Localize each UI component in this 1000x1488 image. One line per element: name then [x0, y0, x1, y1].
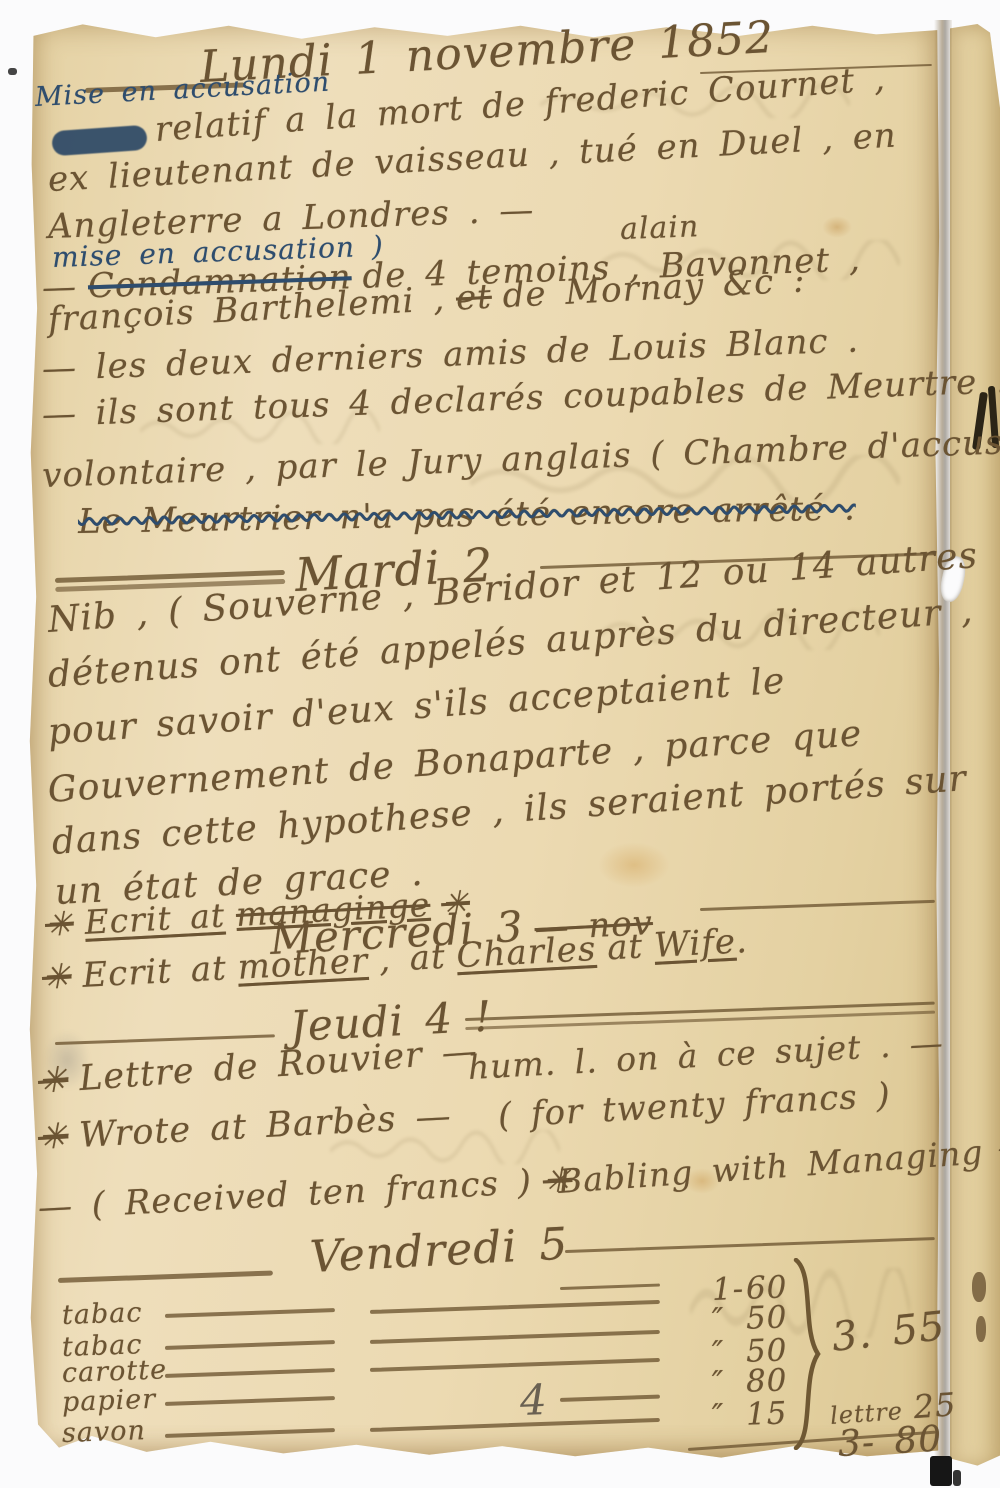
expense-label: papier — [61, 1384, 156, 1418]
underlined-word: Wife — [653, 922, 737, 966]
total: 3- 80 — [837, 1419, 943, 1465]
stub-ink-stroke — [972, 1272, 986, 1302]
stub-ink-stroke — [976, 1316, 986, 1342]
binding-mark — [953, 1470, 961, 1486]
value-prefix: ″ — [711, 1397, 746, 1434]
scanner-speck — [8, 68, 17, 75]
expense-brace — [788, 1258, 824, 1450]
interlinear-insert: alain — [619, 209, 699, 247]
value-amount: 50 — [745, 1299, 788, 1336]
star-mark: ✳ — [37, 1116, 69, 1158]
pencil-note: 4 — [519, 1375, 548, 1425]
star-mark: ✳ — [37, 1060, 70, 1102]
star-mark: ✳ — [993, 1130, 1000, 1171]
entry-text: at — [606, 927, 644, 969]
value-prefix: ″ — [711, 1364, 746, 1401]
stain — [822, 216, 852, 238]
expense-value: ″15 — [711, 1395, 788, 1434]
binding-mark — [930, 1456, 952, 1486]
expense-label: tabac — [61, 1297, 142, 1331]
star-mark: ✳ — [41, 956, 73, 997]
value-amount: 80 — [745, 1362, 788, 1399]
expense-label: savon — [61, 1415, 146, 1449]
struck-word: et — [455, 277, 493, 319]
fold-crease — [934, 20, 952, 1468]
underlined-word: mother — [237, 941, 370, 988]
value-prefix: ″ — [711, 1301, 746, 1338]
next-page-stub — [950, 24, 1000, 1470]
value-amount: 15 — [745, 1395, 788, 1432]
entry-text: , at — [378, 937, 447, 980]
entry-text: Ecrit at — [81, 948, 227, 996]
manuscript-scan: Lundi 1 novembre 1852 Mise en accusation… — [0, 0, 1000, 1488]
entry-text: Ecrit at — [84, 896, 226, 942]
entry-text: . — [735, 921, 749, 962]
star-mark: ✳ — [44, 904, 75, 944]
stain — [598, 842, 670, 888]
underlined-word: Charles — [456, 929, 598, 976]
